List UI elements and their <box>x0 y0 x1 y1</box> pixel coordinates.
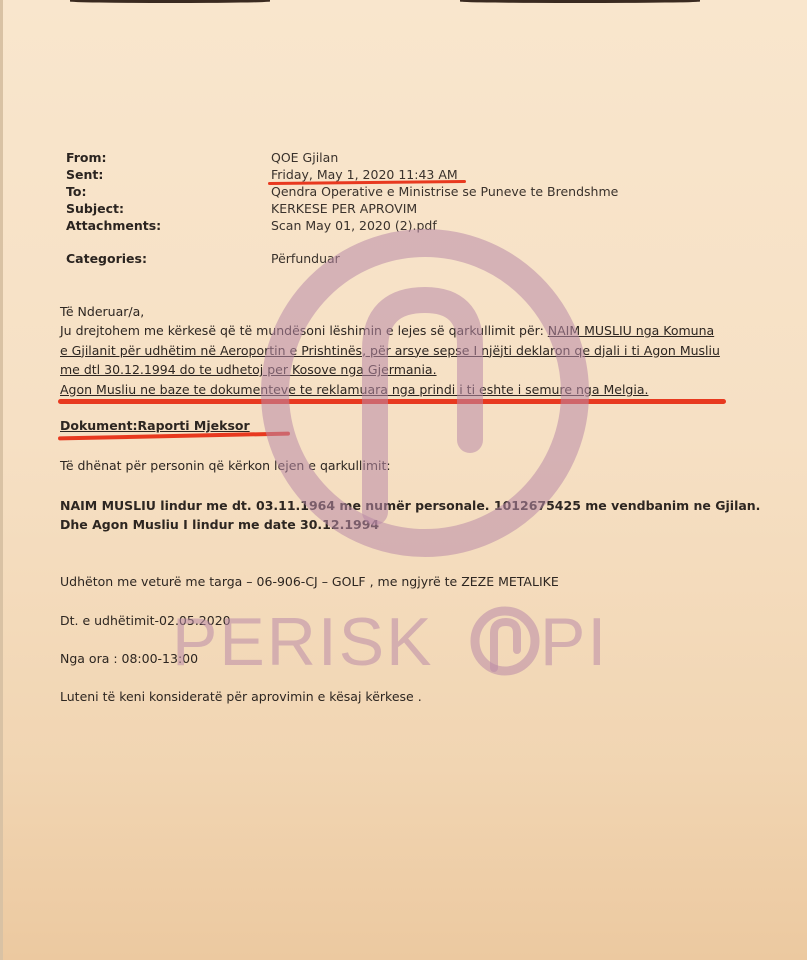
person-data-intro: Të dhënat për personin që kërkon lejen e… <box>60 456 391 476</box>
request-line2: e Gjilanit për udhëtim në Aeroportin e P… <box>60 341 800 361</box>
to-value: Qendra Operative e Ministrise se Puneve … <box>271 183 791 200</box>
request-line4: Agon Musliu ne baze te dokumenteve te re… <box>60 380 800 400</box>
vehicle-info: Udhëton me veturë me targa – 06-906-CJ –… <box>60 572 559 592</box>
categories-label: Categories: <box>66 250 271 267</box>
request-line3: me dtl 30.12.1994 do te udhetoj per Koso… <box>60 360 800 380</box>
paragraph-annotation-underline <box>58 399 726 404</box>
time-range: Nga ora : 08:00-13:00 <box>60 649 198 669</box>
person-1: NAIM MUSLIU lindur me dt. 03.11.1964 me … <box>60 496 760 516</box>
categories-value: Përfunduar <box>271 250 791 267</box>
subject-label: Subject: <box>66 200 271 217</box>
paper-top-shadow <box>0 0 807 4</box>
request-line1-name: NAIM MUSLIU nga Komuna <box>548 323 714 338</box>
person-2: Dhe Agon Musliu I lindur me date 30.12.1… <box>60 515 379 535</box>
greeting: Të Nderuar/a, <box>60 302 144 322</box>
paper-edge <box>0 0 3 960</box>
travel-date: Dt. e udhëtimit-02.05.2020 <box>60 611 231 631</box>
sent-label: Sent: <box>66 166 271 183</box>
closing-line: Luteni të keni konsideratë për aprovimin… <box>60 687 422 707</box>
email-header: From: QOE Gjilan Sent: Friday, May 1, 20… <box>66 149 791 267</box>
periskopi-watermark: PERISK PI <box>0 0 807 960</box>
request-line1: Ju drejtohem me kërkesë që të mundësoni … <box>60 323 548 338</box>
watermark-text-right: PI <box>540 604 608 680</box>
attachments-value: Scan May 01, 2020 (2).pdf <box>271 217 791 234</box>
watermark-small-r-icon <box>494 622 517 668</box>
to-label: To: <box>66 183 271 200</box>
attachments-label: Attachments: <box>66 217 271 234</box>
subject-value: KERKESE PER APROVIM <box>271 200 791 217</box>
from-value: QOE Gjilan <box>271 149 791 166</box>
watermark-small-ring-icon <box>475 611 535 671</box>
from-label: From: <box>66 149 271 166</box>
request-paragraph: Ju drejtohem me kërkesë që të mundësoni … <box>60 321 800 399</box>
